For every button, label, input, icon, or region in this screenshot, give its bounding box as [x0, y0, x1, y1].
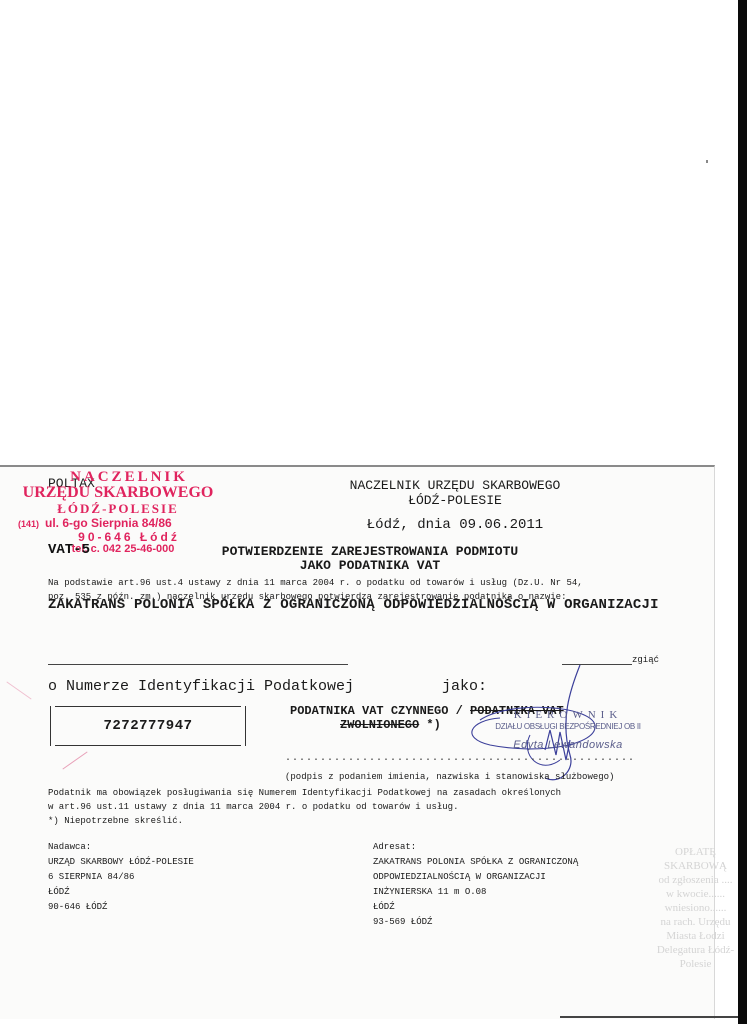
signature-line: ........................................…	[285, 753, 637, 764]
bleed-line: na rach. Urzędu Miasta Łodzi	[648, 915, 743, 943]
nip-value: 7272777947	[51, 718, 245, 734]
blank-scan-area	[0, 0, 738, 465]
issue-date: Łódź, dnia 09.06.2011	[300, 517, 610, 533]
bleed-line: w kwocie......	[648, 887, 743, 901]
document-title: POTWIERDZENIE ZAREJESTROWANIA PODMIOTU J…	[180, 545, 560, 573]
stamp-line: ŁÓDŹ-POLESIE	[18, 502, 218, 515]
title-line: JAKO PODATNIKA VAT	[180, 559, 560, 573]
signature-caption: (podpis z podaniem imienia, nazwiska i s…	[285, 772, 614, 782]
bleed-line: wniesiono......	[648, 901, 743, 915]
nip-box: 7272777947	[50, 706, 246, 746]
bleed-line: OPŁATĘ SKARBOWĄ	[648, 845, 743, 873]
sender-address: Nadawca: URZĄD SKARBOWY ŁÓDŹ-POLESIE 6 S…	[48, 840, 194, 915]
note-line: w art.96 ust.11 ustawy z dnia 11 marca 2…	[48, 800, 561, 814]
title-line: POTWIERDZENIE ZAREJESTROWANIA PODMIOTU	[180, 545, 560, 559]
fold-label: zgiąć	[632, 655, 659, 665]
address-line: 90-646 ŁÓDŹ	[48, 900, 194, 915]
issuer-header: NACZELNIK URZĘDU SKARBOWEGO ŁÓDŹ-POLESIE	[300, 478, 610, 508]
nip-label: o Numerze Identyfikacji Podatkowej	[48, 678, 354, 695]
address-line: ZAKATRANS POLONIA SPÓŁKA Z OGRANICZONĄ	[373, 855, 578, 870]
signer-department: DZIAŁU OBSŁUGI BEZPOŚREDNIEJ OB II	[478, 722, 658, 731]
company-name: ZAKATRANS POLONIA SPÓŁKA Z OGRANICZONĄ O…	[48, 597, 659, 613]
address-line: ŁÓDŹ	[373, 900, 578, 915]
form-code: VAT-5	[48, 542, 90, 558]
signature-stamp: KIEROWNIK DZIAŁU OBSŁUGI BEZPOŚREDNIEJ O…	[478, 700, 658, 751]
recipient-label: Adresat:	[373, 840, 578, 855]
address-line: 93-569 ŁÓDŹ	[373, 915, 578, 930]
address-line: ODPOWIEDZIALNOŚCIĄ W ORGANIZACJI	[373, 870, 578, 885]
basis-line: Na podstawie art.96 ust.4 ustawy z dnia …	[48, 576, 688, 590]
recipient-address: Adresat: ZAKATRANS POLONIA SPÓŁKA Z OGRA…	[373, 840, 578, 930]
scan-speck	[706, 160, 708, 163]
signer-title: KIEROWNIK	[478, 709, 658, 721]
stamp-code: (141)	[18, 519, 39, 529]
status-struck: ZWOLNIONEGO	[340, 718, 419, 732]
issuer-line: ŁÓDŹ-POLESIE	[300, 493, 610, 508]
address-line: INŻYNIERSKA 11 m O.08	[373, 885, 578, 900]
address-line: URZĄD SKARBOWY ŁÓDŹ-POLESIE	[48, 855, 194, 870]
stamp-address: (141)ul. 6-go Sierpnia 84/86	[18, 517, 218, 529]
note-line: *) Niepotrzebne skreślić.	[48, 814, 561, 828]
bleed-line: Delegatura Łódź-Polesie	[648, 943, 743, 971]
signer-name: Edyta Lewandowska	[478, 739, 658, 751]
sender-label: Nadawca:	[48, 840, 194, 855]
notes: Podatnik ma obowiązek posługiwania się N…	[48, 786, 561, 828]
divider-line	[48, 664, 348, 665]
issuer-line: NACZELNIK URZĘDU SKARBOWEGO	[300, 478, 610, 493]
note-line: Podatnik ma obowiązek posługiwania się N…	[48, 786, 561, 800]
stamp-street: ul. 6-go Sierpnia 84/86	[45, 516, 172, 530]
bleed-line: od zgłoszenia ....	[648, 873, 743, 887]
bleed-through-stamp: OPŁATĘ SKARBOWĄ od zgłoszenia .... w kwo…	[648, 845, 743, 971]
stamp-line: URZĘDU SKARBOWEGO	[18, 485, 218, 501]
address-line: 6 SIERPNIA 84/86	[48, 870, 194, 885]
stamp-line: NACZELNIK	[40, 470, 218, 485]
page-edge-line	[560, 1016, 738, 1018]
address-line: ŁÓDŹ	[48, 885, 194, 900]
